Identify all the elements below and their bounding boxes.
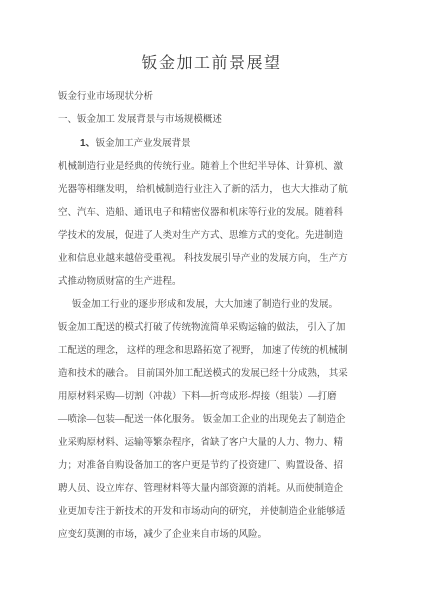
document-body: 钣金行业市场现状分析 一、钣金加工 发展背景与市场规模概述 1、钣金加工产业发展… xyxy=(58,86,377,547)
subsection-heading: 1、钣金加工产业发展背景 xyxy=(58,132,377,156)
subsection-title: 钣金加工产业发展背景 xyxy=(96,139,191,149)
document-title: 钣金加工前景展望 xyxy=(0,0,423,76)
paragraph-industry-background: 机械制造行业是经典的传统行业。随着上个世纪半导体、计算机、激 光器等相继发明， … xyxy=(58,156,377,294)
paragraph-processing-distribution: 钣金加工行业的逐步形成和发展，大大加速了制造行业的发展。 钣金加工配送的模式打破… xyxy=(58,294,377,547)
document-page: 钣金加工前景展望 钣金行业市场现状分析 一、钣金加工 发展背景与市场规模概述 1… xyxy=(0,0,423,600)
subsection-number: 1、 xyxy=(80,138,96,149)
section-heading: 钣金行业市场现状分析 xyxy=(58,86,377,109)
chapter-heading: 一、钣金加工 发展背景与市场规模概述 xyxy=(58,109,377,132)
